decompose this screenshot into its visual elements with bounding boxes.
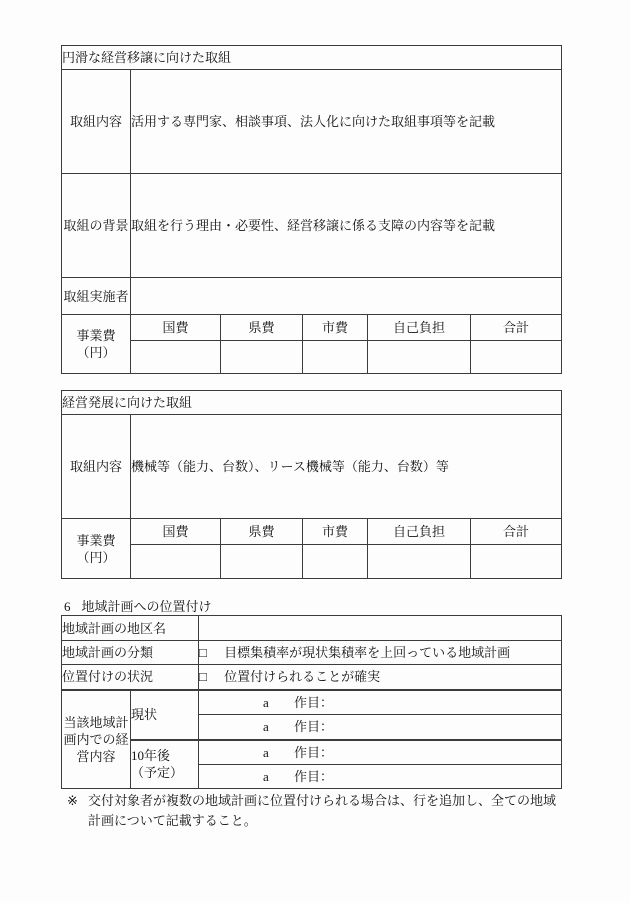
row-label-management: 当該地域計画内での経営内容	[62, 690, 131, 789]
row-label-district: 地域計画の地区名	[62, 616, 199, 641]
cost-value-city[interactable]	[303, 341, 368, 374]
background-hint-cell[interactable]: 取組を行う理由・必要性、経営移譲に係る支障の内容等を記載	[131, 174, 562, 278]
checkbox-icon[interactable]: □	[199, 644, 207, 661]
crop-entry-unit: a	[263, 695, 269, 710]
status-checkbox-cell: □ 位置付けられることが確実	[199, 665, 562, 690]
crop-entry-label: 作目：	[294, 719, 333, 734]
table-title: 経営発展に向けた取組	[62, 391, 562, 415]
cost-value-prefecture[interactable]	[221, 341, 303, 374]
cost-value-self[interactable]	[368, 545, 471, 579]
row-label-background: 取組の背景	[62, 174, 131, 278]
crop-entry-unit: a	[263, 719, 269, 734]
crop-entry-row[interactable]: a 作目：	[199, 765, 562, 789]
document-page: 円滑な経営移譲に向けた取組 取組内容 活用する専門家、相談事項、法人化に向けた取…	[0, 0, 630, 903]
section-heading: 6 地域計画への位置付け	[64, 596, 212, 615]
cost-value-self[interactable]	[368, 341, 471, 374]
row-label-content: 取組内容	[62, 70, 131, 174]
checkbox-label: 目標集積率が現状集積率を上回っている地域計画	[224, 645, 510, 660]
cost-label-line1: 事業費	[62, 327, 130, 344]
regional-plan-table: 地域計画の地区名 地域計画の分類 □ 目標集積率が現状集積率を上回っている地域計…	[61, 615, 562, 789]
cost-label-line2: （円）	[62, 549, 130, 566]
table-title: 円滑な経営移譲に向けた取組	[62, 46, 562, 70]
cost-col-national: 国費	[131, 315, 221, 341]
period-label-future: 10年後 （予定）	[131, 740, 199, 789]
cost-col-self: 自己負担	[368, 315, 471, 341]
cost-col-national: 国費	[131, 519, 221, 545]
transfer-initiatives-table: 円滑な経営移譲に向けた取組 取組内容 活用する専門家、相談事項、法人化に向けた取…	[61, 45, 562, 374]
row-label-implementer: 取組実施者	[62, 278, 131, 315]
crop-entry-label: 作目：	[294, 769, 333, 784]
cost-col-self: 自己負担	[368, 519, 471, 545]
implementer-value-cell[interactable]	[131, 278, 562, 315]
crop-entry-row[interactable]: a 作目：	[199, 715, 562, 740]
content-hint-cell[interactable]: 活用する専門家、相談事項、法人化に向けた取組事項等を記載	[131, 70, 562, 174]
cost-col-city: 市費	[303, 519, 368, 545]
crop-entry-label: 作目：	[294, 695, 333, 710]
cost-label: 事業費 （円）	[62, 315, 131, 374]
cost-value-total[interactable]	[471, 341, 562, 374]
footnote-line: 交付対象者が複数の地域計画に位置付けられる場合は、行を追加し、全ての地域	[88, 791, 563, 811]
development-initiatives-table: 経営発展に向けた取組 取組内容 機械等（能力、台数）、リース機械等（能力、台数）…	[61, 390, 562, 579]
cost-label: 事業費 （円）	[62, 519, 131, 579]
crop-entry-unit: a	[263, 769, 269, 784]
cost-col-total: 合計	[471, 315, 562, 341]
crop-entry-row[interactable]: a 作目：	[199, 740, 562, 765]
footnote-text: 交付対象者が複数の地域計画に位置付けられる場合は、行を追加し、全ての地域 計画に…	[88, 791, 563, 831]
cost-value-city[interactable]	[303, 545, 368, 579]
crop-entry-unit: a	[263, 745, 269, 760]
cost-value-national[interactable]	[131, 341, 221, 374]
row-label-category: 地域計画の分類	[62, 641, 199, 665]
checkbox-label: 位置付けられることが確実	[224, 669, 380, 684]
section-title: 地域計画への位置付け	[82, 596, 212, 615]
period-label-current: 現状	[131, 690, 199, 740]
cost-col-prefecture: 県費	[221, 315, 303, 341]
cost-value-prefecture[interactable]	[221, 545, 303, 579]
cost-label-line2: （円）	[62, 344, 130, 361]
section-number: 6	[64, 599, 71, 615]
cost-col-city: 市費	[303, 315, 368, 341]
cost-value-national[interactable]	[131, 545, 221, 579]
row-label-status: 位置付けの状況	[62, 665, 199, 690]
cost-col-total: 合計	[471, 519, 562, 545]
row-label-content: 取組内容	[62, 415, 131, 519]
category-checkbox-cell: □ 目標集積率が現状集積率を上回っている地域計画	[199, 641, 562, 665]
crop-entry-row[interactable]: a 作目：	[199, 690, 562, 715]
crop-entry-label: 作目：	[294, 745, 333, 760]
checkbox-icon[interactable]: □	[199, 668, 207, 685]
footnote-marker: ※	[67, 791, 88, 831]
cost-value-total[interactable]	[471, 545, 562, 579]
footnote: ※ 交付対象者が複数の地域計画に位置付けられる場合は、行を追加し、全ての地域 計…	[67, 791, 563, 831]
cost-col-prefecture: 県費	[221, 519, 303, 545]
district-name-value-cell[interactable]	[199, 616, 562, 641]
footnote-line: 計画について記載すること。	[88, 811, 563, 831]
cost-label-line1: 事業費	[62, 532, 130, 549]
content-hint-cell[interactable]: 機械等（能力、台数）、リース機械等（能力、台数）等	[131, 415, 562, 519]
